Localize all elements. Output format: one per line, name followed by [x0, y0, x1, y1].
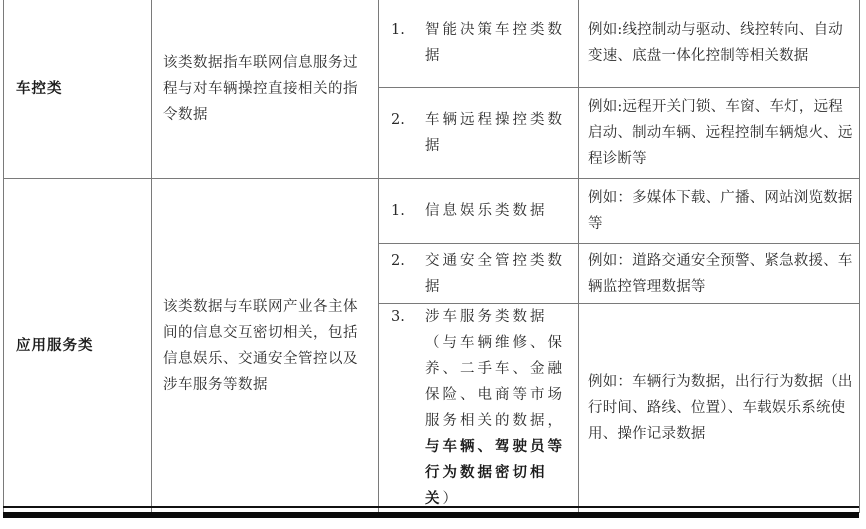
item-number: 2.: [391, 248, 425, 274]
item-number: 1.: [391, 198, 425, 224]
example-cell: 例如:远程开关门锁、车窗、车灯，远程启动、制动车辆、远程控制车辆熄火、远程诊断等: [579, 88, 860, 179]
subtype-name-tail: ）: [443, 491, 461, 507]
subtype-name-regular: 涉车服务类数据（与车辆维修、保养、二手车、金融保险、电商等市场服务相关的数据，: [425, 309, 565, 429]
table-row: 应用服务类 该类数据与车联网产业各主体间的信息交互密切相关，包括信息娱乐、交通安…: [4, 179, 860, 244]
subtype-cell: 3. 涉车服务类数据（与车辆维修、保养、二手车、金融保险、电商等市场服务相关的数…: [379, 304, 579, 513]
item-number: 3.: [391, 304, 425, 330]
item-number: 1.: [391, 17, 425, 43]
category-cell: 车控类: [4, 0, 152, 179]
example-cell: 例如：多媒体下载、广播、网站浏览数据等: [579, 179, 860, 244]
subtype-name: 车辆远程操控类数据: [425, 107, 570, 159]
subtype-name: 智能决策车控类数据: [425, 17, 570, 69]
subtype-name: 涉车服务类数据（与车辆维修、保养、二手车、金融保险、电商等市场服务相关的数据，与…: [425, 304, 570, 512]
table-bottom-thick-rule: [3, 512, 859, 518]
description-cell: 该类数据指车联网信息服务过程与对车辆操控直接相关的指令数据: [152, 0, 379, 179]
subtype-cell: 2. 车辆远程操控类数据: [379, 88, 579, 179]
example-cell: 例如：车辆行为数据，出行行为数据（出行时间、路线、位置）、车载娱乐系统使用、操作…: [579, 304, 860, 513]
description-cell: 该类数据与车联网产业各主体间的信息交互密切相关，包括信息娱乐、交通安全管控以及涉…: [152, 179, 379, 513]
table-bottom-rule: [3, 506, 859, 508]
subtype-name: 信息娱乐类数据: [425, 198, 570, 224]
category-cell: 应用服务类: [4, 179, 152, 513]
subtype-cell: 1. 智能决策车控类数据: [379, 0, 579, 88]
subtype-cell: 2. 交通安全管控类数据: [379, 244, 579, 304]
item-number: 2.: [391, 107, 425, 133]
data-classification-table: 车控类 该类数据指车联网信息服务过程与对车辆操控直接相关的指令数据 1. 智能决…: [3, 0, 860, 513]
subtype-cell: 1. 信息娱乐类数据: [379, 179, 579, 244]
subtype-name: 交通安全管控类数据: [425, 248, 570, 300]
table-row: 车控类 该类数据指车联网信息服务过程与对车辆操控直接相关的指令数据 1. 智能决…: [4, 0, 860, 88]
example-cell: 例如:线控制动与驱动、线控转向、自动变速、底盘一体化控制等相关数据: [579, 0, 860, 88]
example-cell: 例如：道路交通安全预警、紧急救援、车辆监控管理数据等: [579, 244, 860, 304]
